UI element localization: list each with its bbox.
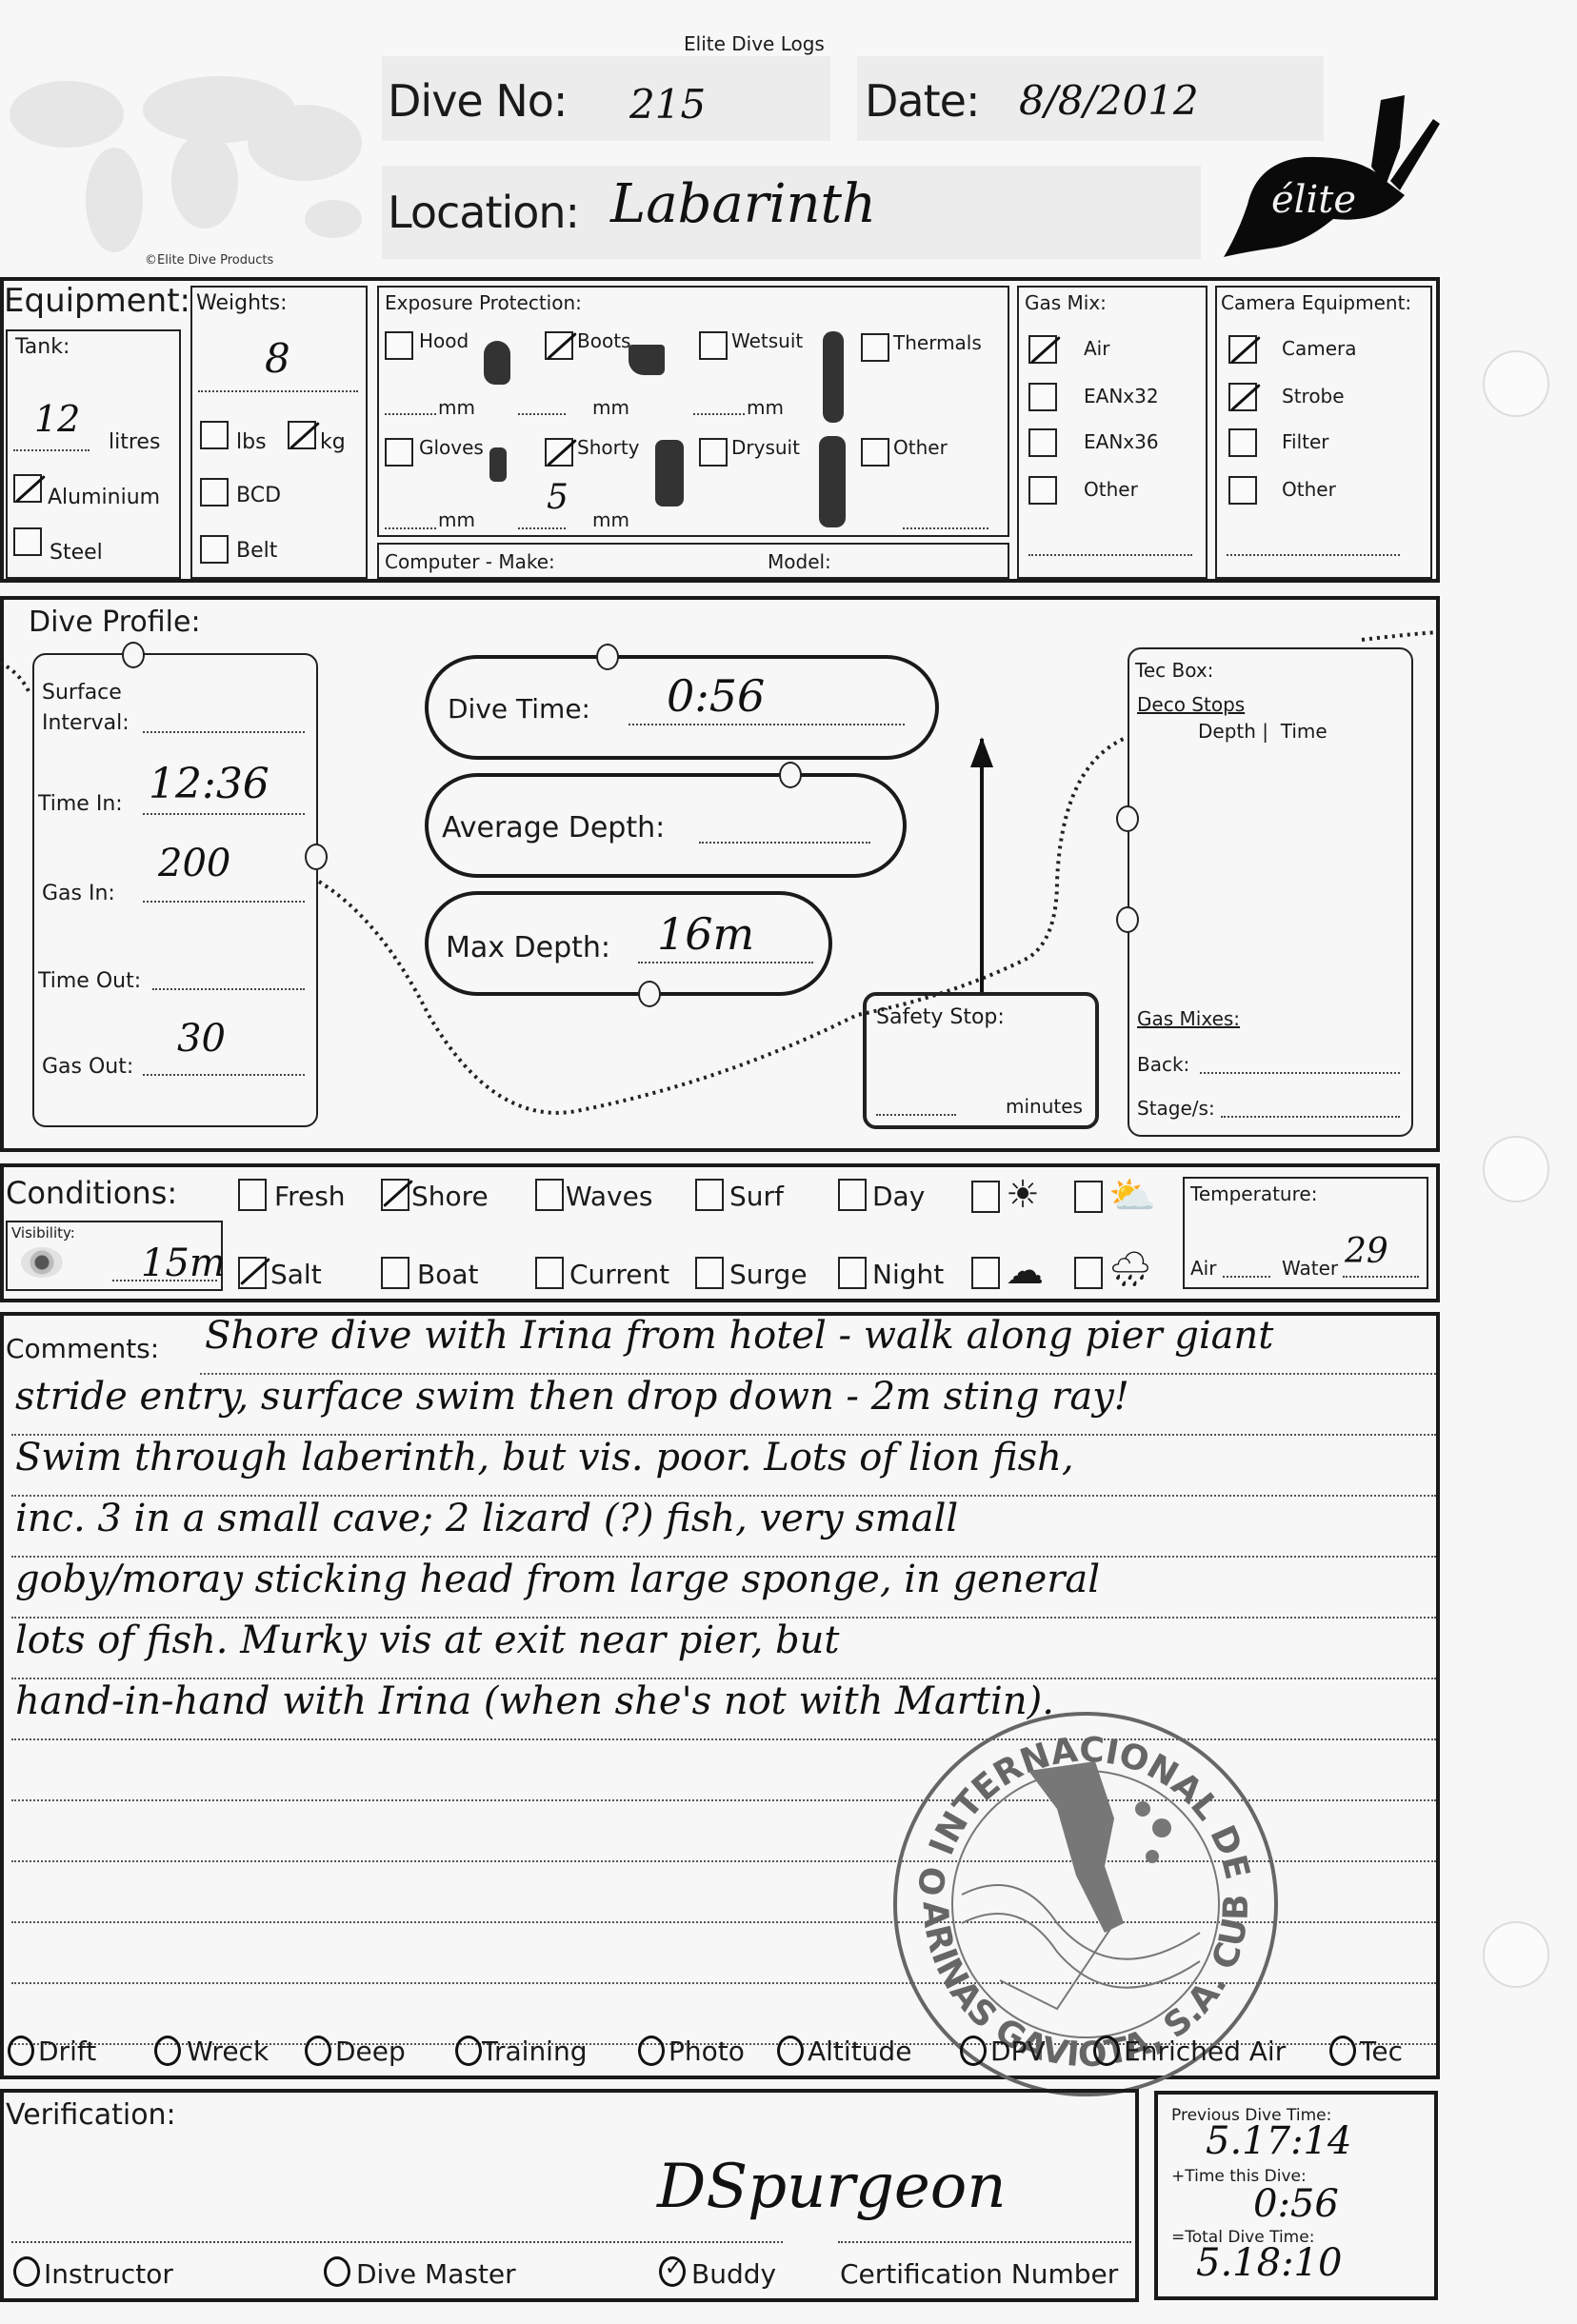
lbs-checkbox[interactable] — [200, 421, 229, 449]
water-temp-label: Water — [1282, 1257, 1338, 1280]
wetsuit-label: Wetsuit — [731, 329, 803, 352]
altitude-label: Altitude — [808, 2036, 911, 2067]
surface-interval-label-2: Interval: — [42, 711, 130, 735]
tec-label: Tec — [1360, 2036, 1403, 2067]
avg-depth-line — [699, 842, 870, 844]
date-value: 8/8/2012 — [1019, 77, 1199, 124]
gloves-label: Gloves — [419, 436, 484, 459]
training-label: Training — [482, 2036, 587, 2067]
safety-stop-field[interactable]: Safety Stop: minutes — [863, 992, 1099, 1129]
air-temp-field[interactable] — [1223, 1276, 1270, 1278]
gas-mix-title: Gas Mix: — [1025, 291, 1107, 314]
profile-node — [638, 981, 661, 1007]
dive-master-radio[interactable] — [324, 2256, 350, 2287]
night-checkbox[interactable] — [838, 1257, 867, 1289]
hood-mm-line — [385, 413, 436, 415]
day-checkbox[interactable] — [838, 1179, 867, 1211]
cloudy-checkbox[interactable] — [971, 1257, 1000, 1289]
cert-number-label: Certification Number — [840, 2258, 1118, 2290]
camera-other-label: Other — [1282, 478, 1336, 501]
previous-dive-time-value: 5.17:14 — [1206, 2119, 1351, 2163]
binder-hole — [1483, 350, 1549, 417]
conditions-title: Conditions: — [6, 1175, 177, 1211]
visibility-line — [112, 1280, 217, 1281]
thermals-checkbox[interactable] — [861, 333, 889, 362]
copyright: ©Elite Dive Products — [145, 253, 273, 268]
comment-line: goby/moray sticking head from large spon… — [15, 1558, 1100, 1601]
back-gas-field[interactable] — [1200, 1072, 1400, 1074]
gas-other-checkbox[interactable] — [1028, 476, 1057, 505]
computer-field[interactable]: Computer - Make: Model: — [377, 543, 1009, 579]
camera-panel: Camera Equipment: Camera Strobe Filter O… — [1215, 286, 1432, 579]
max-depth-value: 16m — [657, 908, 754, 960]
hood-unit: mm — [438, 396, 475, 419]
profile-node — [779, 762, 802, 788]
wetsuit-mm-line — [693, 413, 745, 415]
time-in-field[interactable] — [143, 813, 305, 815]
comment-line: Shore dive with Irina from hotel - walk … — [205, 1314, 1273, 1358]
water-temp-field[interactable] — [1343, 1276, 1419, 1278]
dive-time-totals: Previous Dive Time: 5.17:14 +Time this D… — [1154, 2091, 1438, 2300]
wetsuit-unit: mm — [747, 396, 784, 419]
wetsuit-checkbox[interactable] — [699, 331, 728, 360]
deep-radio[interactable] — [305, 2036, 331, 2066]
gas-other-label: Other — [1084, 478, 1138, 501]
gas-out-field[interactable] — [143, 1074, 305, 1076]
avg-depth-field[interactable]: Average Depth: — [425, 773, 907, 878]
gas-air-checkbox[interactable] — [1028, 335, 1057, 364]
safety-stop-unit: minutes — [1006, 1095, 1083, 1118]
dive-log-panel: SurfaceInterval: Time In: 12:36 Gas In: … — [32, 653, 318, 1127]
weights-line — [198, 390, 358, 392]
boots-checkbox[interactable] — [545, 331, 573, 360]
rainy-checkbox[interactable] — [1074, 1257, 1103, 1289]
tank-volume-value: 12 — [34, 398, 80, 440]
buddy-label: Buddy — [691, 2258, 776, 2290]
photo-radio[interactable] — [638, 2036, 665, 2066]
drift-label: Drift — [38, 2036, 96, 2067]
equipment-title: Equipment: — [4, 282, 190, 320]
elite-logo: élite — [1219, 90, 1467, 262]
water-temp-value: 29 — [1345, 1232, 1388, 1271]
exposure-panel: Exposure Protection: Hood mm Boots mm We… — [377, 286, 1009, 537]
current-label: Current — [569, 1259, 669, 1290]
time-out-label-text: Time Out: — [38, 969, 141, 993]
dive-time-field[interactable]: Dive Time: 0:56 — [425, 655, 939, 760]
brand-title: Elite Dive Logs — [684, 32, 825, 55]
cert-number-field[interactable] — [838, 2241, 1131, 2243]
location-value: Labarinth — [610, 173, 876, 235]
instructor-radio[interactable] — [13, 2256, 40, 2287]
wetsuit-icon — [823, 331, 844, 423]
binder-hole — [1483, 1921, 1549, 1988]
dive-no-value: 215 — [629, 81, 706, 128]
profile-node — [305, 844, 328, 870]
weights-panel: Weights: 8 lbs kg BCD Belt — [190, 286, 368, 579]
gas-eanx36-checkbox[interactable] — [1028, 428, 1057, 457]
kg-label: kg — [320, 430, 346, 454]
night-label: Night — [872, 1259, 944, 1290]
waves-checkbox[interactable] — [535, 1179, 564, 1211]
this-dive-time-value: 0:56 — [1253, 2182, 1339, 2226]
gas-in-field[interactable] — [143, 901, 305, 903]
buddy-radio[interactable] — [659, 2256, 686, 2287]
sun-icon: ☀ — [1006, 1173, 1040, 1217]
camera-other-line — [1227, 554, 1400, 556]
tank-volume-line — [13, 449, 90, 451]
training-radio[interactable] — [455, 2036, 482, 2066]
weights-value: 8 — [265, 335, 290, 382]
signature: DSpurgeon — [657, 2152, 1007, 2222]
boot-icon — [629, 345, 665, 375]
deco-stops-label: Deco Stops — [1137, 693, 1245, 716]
world-map-watermark — [0, 57, 381, 267]
binder-hole — [1483, 1136, 1549, 1202]
gloves-checkbox[interactable] — [385, 438, 413, 467]
exposure-other-label: Other — [893, 436, 948, 459]
dive-time-label: Dive Time: — [448, 693, 590, 725]
time-out-field[interactable] — [152, 988, 305, 990]
time-in-value: 12:36 — [149, 760, 269, 808]
gas-eanx32-checkbox[interactable] — [1028, 383, 1057, 411]
signature-line[interactable] — [11, 2241, 783, 2243]
diver-logo-icon: élite — [1219, 90, 1467, 262]
surf-checkbox[interactable] — [695, 1179, 724, 1211]
enriched-air-radio[interactable] — [1093, 2036, 1120, 2066]
day-label: Day — [872, 1181, 925, 1212]
strobe-checkbox[interactable] — [1228, 383, 1257, 411]
date-label: Date: — [865, 75, 979, 127]
altitude-radio[interactable] — [777, 2036, 804, 2066]
fresh-checkbox[interactable] — [238, 1179, 267, 1211]
aluminium-label: Aluminium — [48, 486, 160, 509]
partly-cloudy-icon: ⛅ — [1108, 1173, 1156, 1218]
shorty-icon — [655, 440, 684, 507]
safety-stop-line — [876, 1114, 956, 1116]
max-depth-field[interactable]: Max Depth: 16m — [425, 891, 832, 996]
computer-model-label: Model: — [768, 550, 831, 573]
strobe-label: Strobe — [1282, 385, 1345, 407]
glove-icon — [489, 447, 507, 482]
svg-text:élite: élite — [1271, 178, 1356, 222]
filter-checkbox[interactable] — [1228, 428, 1257, 457]
shorty-thickness-value: 5 — [547, 478, 569, 517]
boat-label: Boat — [417, 1259, 478, 1290]
filter-label: Filter — [1282, 430, 1329, 453]
profile-node — [596, 644, 619, 670]
bcd-checkbox[interactable] — [200, 478, 229, 507]
photo-label: Photo — [669, 2036, 745, 2067]
shorty-checkbox[interactable] — [545, 438, 573, 467]
rain-cloud-icon: 🌧 — [1108, 1249, 1152, 1289]
dpv-radio[interactable] — [960, 2036, 987, 2066]
deco-columns-label: Depth | Time — [1198, 720, 1327, 743]
bcd-label: BCD — [236, 484, 281, 507]
diver-stamp-icon — [1028, 1761, 1124, 1933]
ascent-arrow-icon — [970, 737, 993, 767]
tank-title: Tank: — [15, 335, 70, 359]
temperature-label: Temperature: — [1190, 1182, 1317, 1205]
boots-mm-line — [518, 413, 566, 415]
gas-in-label: Gas In: — [42, 882, 115, 905]
camera-other-checkbox[interactable] — [1228, 476, 1257, 505]
boots-label: Boots — [577, 329, 630, 352]
profile-node — [1116, 906, 1139, 933]
air-temp-label: Air — [1190, 1257, 1216, 1280]
tec-box: Tec Box: Deco Stops Depth | Time Gas Mix… — [1128, 647, 1413, 1137]
boat-checkbox[interactable] — [381, 1257, 409, 1289]
kg-checkbox[interactable] — [288, 421, 316, 449]
tec-radio[interactable] — [1329, 2036, 1356, 2066]
gas-mixes-label: Gas Mixes: — [1137, 1007, 1240, 1030]
shorty-mm-line — [518, 527, 566, 529]
drysuit-checkbox[interactable] — [699, 438, 728, 467]
comment-line: Swim through laberinth, but vis. poor. L… — [15, 1436, 1074, 1480]
partly-cloudy-checkbox[interactable] — [1074, 1181, 1103, 1213]
surge-label: Surge — [729, 1259, 808, 1290]
wreck-radio[interactable] — [154, 2036, 181, 2066]
camera-checkbox[interactable] — [1228, 335, 1257, 364]
drysuit-label: Drysuit — [731, 436, 800, 459]
temperature-panel: Temperature: Air Water 29 — [1183, 1177, 1428, 1289]
location-field[interactable]: Location: Labarinth — [382, 166, 1201, 259]
shore-label: Shore — [411, 1181, 489, 1212]
stage-gas-label: Stage/s: — [1137, 1097, 1215, 1120]
cloud-icon: ☁ — [1006, 1249, 1044, 1293]
gas-in-value: 200 — [158, 842, 230, 885]
comment-line: inc. 3 in a small cave; 2 lizard (?) fis… — [15, 1497, 958, 1540]
gas-eanx36-label: EANx36 — [1084, 430, 1159, 453]
dive-no-label: Dive No: — [388, 75, 567, 127]
location-label: Location: — [388, 187, 579, 238]
camera-title: Camera Equipment: — [1221, 291, 1411, 314]
shore-checkbox[interactable] — [381, 1179, 409, 1211]
instructor-label: Instructor — [44, 2258, 173, 2290]
eye-icon — [21, 1247, 63, 1278]
surge-checkbox[interactable] — [695, 1257, 724, 1289]
camera-label: Camera — [1282, 337, 1357, 360]
surf-label: Surf — [729, 1181, 784, 1212]
deep-label: Deep — [335, 2036, 406, 2067]
visibility-label: Visibility: — [11, 1224, 75, 1241]
verification-title: Verification: — [6, 2098, 176, 2132]
stage-gas-field[interactable] — [1221, 1116, 1400, 1118]
steel-label: Steel — [50, 541, 103, 565]
current-checkbox[interactable] — [535, 1257, 564, 1289]
sunny-checkbox[interactable] — [971, 1181, 1000, 1213]
salt-label: Salt — [270, 1259, 322, 1290]
profile-node — [1116, 805, 1139, 832]
max-depth-label: Max Depth: — [446, 931, 610, 964]
aluminium-checkbox[interactable] — [13, 474, 42, 503]
dive-type-row: Drift Wreck Deep Training Photo Altitude… — [0, 2028, 1438, 2072]
thermals-label: Thermals — [893, 331, 982, 354]
gloves-unit: mm — [438, 508, 475, 531]
hood-checkbox[interactable] — [385, 331, 413, 360]
enriched-air-label: Enriched Air — [1124, 2036, 1286, 2067]
time-in-label: Time In: — [38, 792, 123, 816]
dpv-label: DPV — [990, 2036, 1046, 2067]
drift-radio[interactable] — [8, 2036, 34, 2066]
avg-depth-label: Average Depth: — [442, 811, 665, 844]
waves-label: Waves — [566, 1181, 652, 1212]
steel-checkbox[interactable] — [13, 527, 42, 556]
hood-icon — [484, 341, 510, 385]
exposure-other-checkbox[interactable] — [861, 438, 889, 467]
lbs-label: lbs — [236, 430, 267, 454]
exposure-title: Exposure Protection: — [385, 291, 582, 314]
computer-make-label: Computer - Make: — [385, 550, 555, 573]
profile-node — [122, 642, 145, 668]
dive-no-field[interactable]: Dive No: 215 — [382, 56, 830, 141]
total-dive-time-value: 5.18:10 — [1196, 2241, 1342, 2285]
gas-out-label: Gas Out: — [42, 1055, 133, 1079]
dive-time-line — [629, 724, 905, 725]
drysuit-icon — [819, 436, 846, 527]
comment-line: stride entry, surface swim then drop dow… — [15, 1375, 1129, 1419]
shorty-label: Shorty — [577, 436, 640, 459]
wreck-label: Wreck — [187, 2036, 269, 2067]
comment-line: lots of fish. Murky vis at exit near pie… — [15, 1619, 839, 1662]
back-gas-label: Back: — [1137, 1053, 1189, 1076]
surface-interval-field[interactable] — [143, 731, 305, 733]
safety-stop-label: Safety Stop: — [876, 1005, 1005, 1029]
belt-label: Belt — [236, 539, 277, 563]
boots-unit: mm — [592, 396, 629, 419]
surface-interval-label: SurfaceInterval: — [42, 678, 130, 739]
gloves-mm-line — [385, 527, 436, 529]
dive-master-label: Dive Master — [356, 2258, 516, 2290]
salt-checkbox[interactable] — [238, 1257, 267, 1289]
visibility-field[interactable]: Visibility: 15m — [6, 1221, 223, 1291]
exposure-other-line — [903, 527, 988, 529]
weights-title: Weights: — [196, 291, 288, 315]
belt-checkbox[interactable] — [200, 535, 229, 564]
fresh-label: Fresh — [274, 1181, 346, 1212]
tank-volume-unit: litres — [109, 430, 160, 454]
surface-interval-label-1: Surface — [42, 681, 122, 705]
gas-air-label: Air — [1084, 337, 1109, 360]
tec-box-title: Tec Box: — [1135, 659, 1213, 682]
gas-out-value: 30 — [177, 1017, 226, 1061]
shorty-unit: mm — [592, 508, 629, 531]
max-depth-line — [638, 962, 813, 963]
gas-eanx32-label: EANx32 — [1084, 385, 1159, 407]
gas-mix-panel: Gas Mix: Air EANx32 EANx36 Other — [1017, 286, 1208, 579]
tank-panel: Tank: 12 litres Aluminium Steel — [6, 329, 181, 579]
dive-time-value: 0:56 — [667, 670, 765, 722]
gas-other-line — [1028, 554, 1192, 556]
hood-label: Hood — [419, 329, 469, 352]
